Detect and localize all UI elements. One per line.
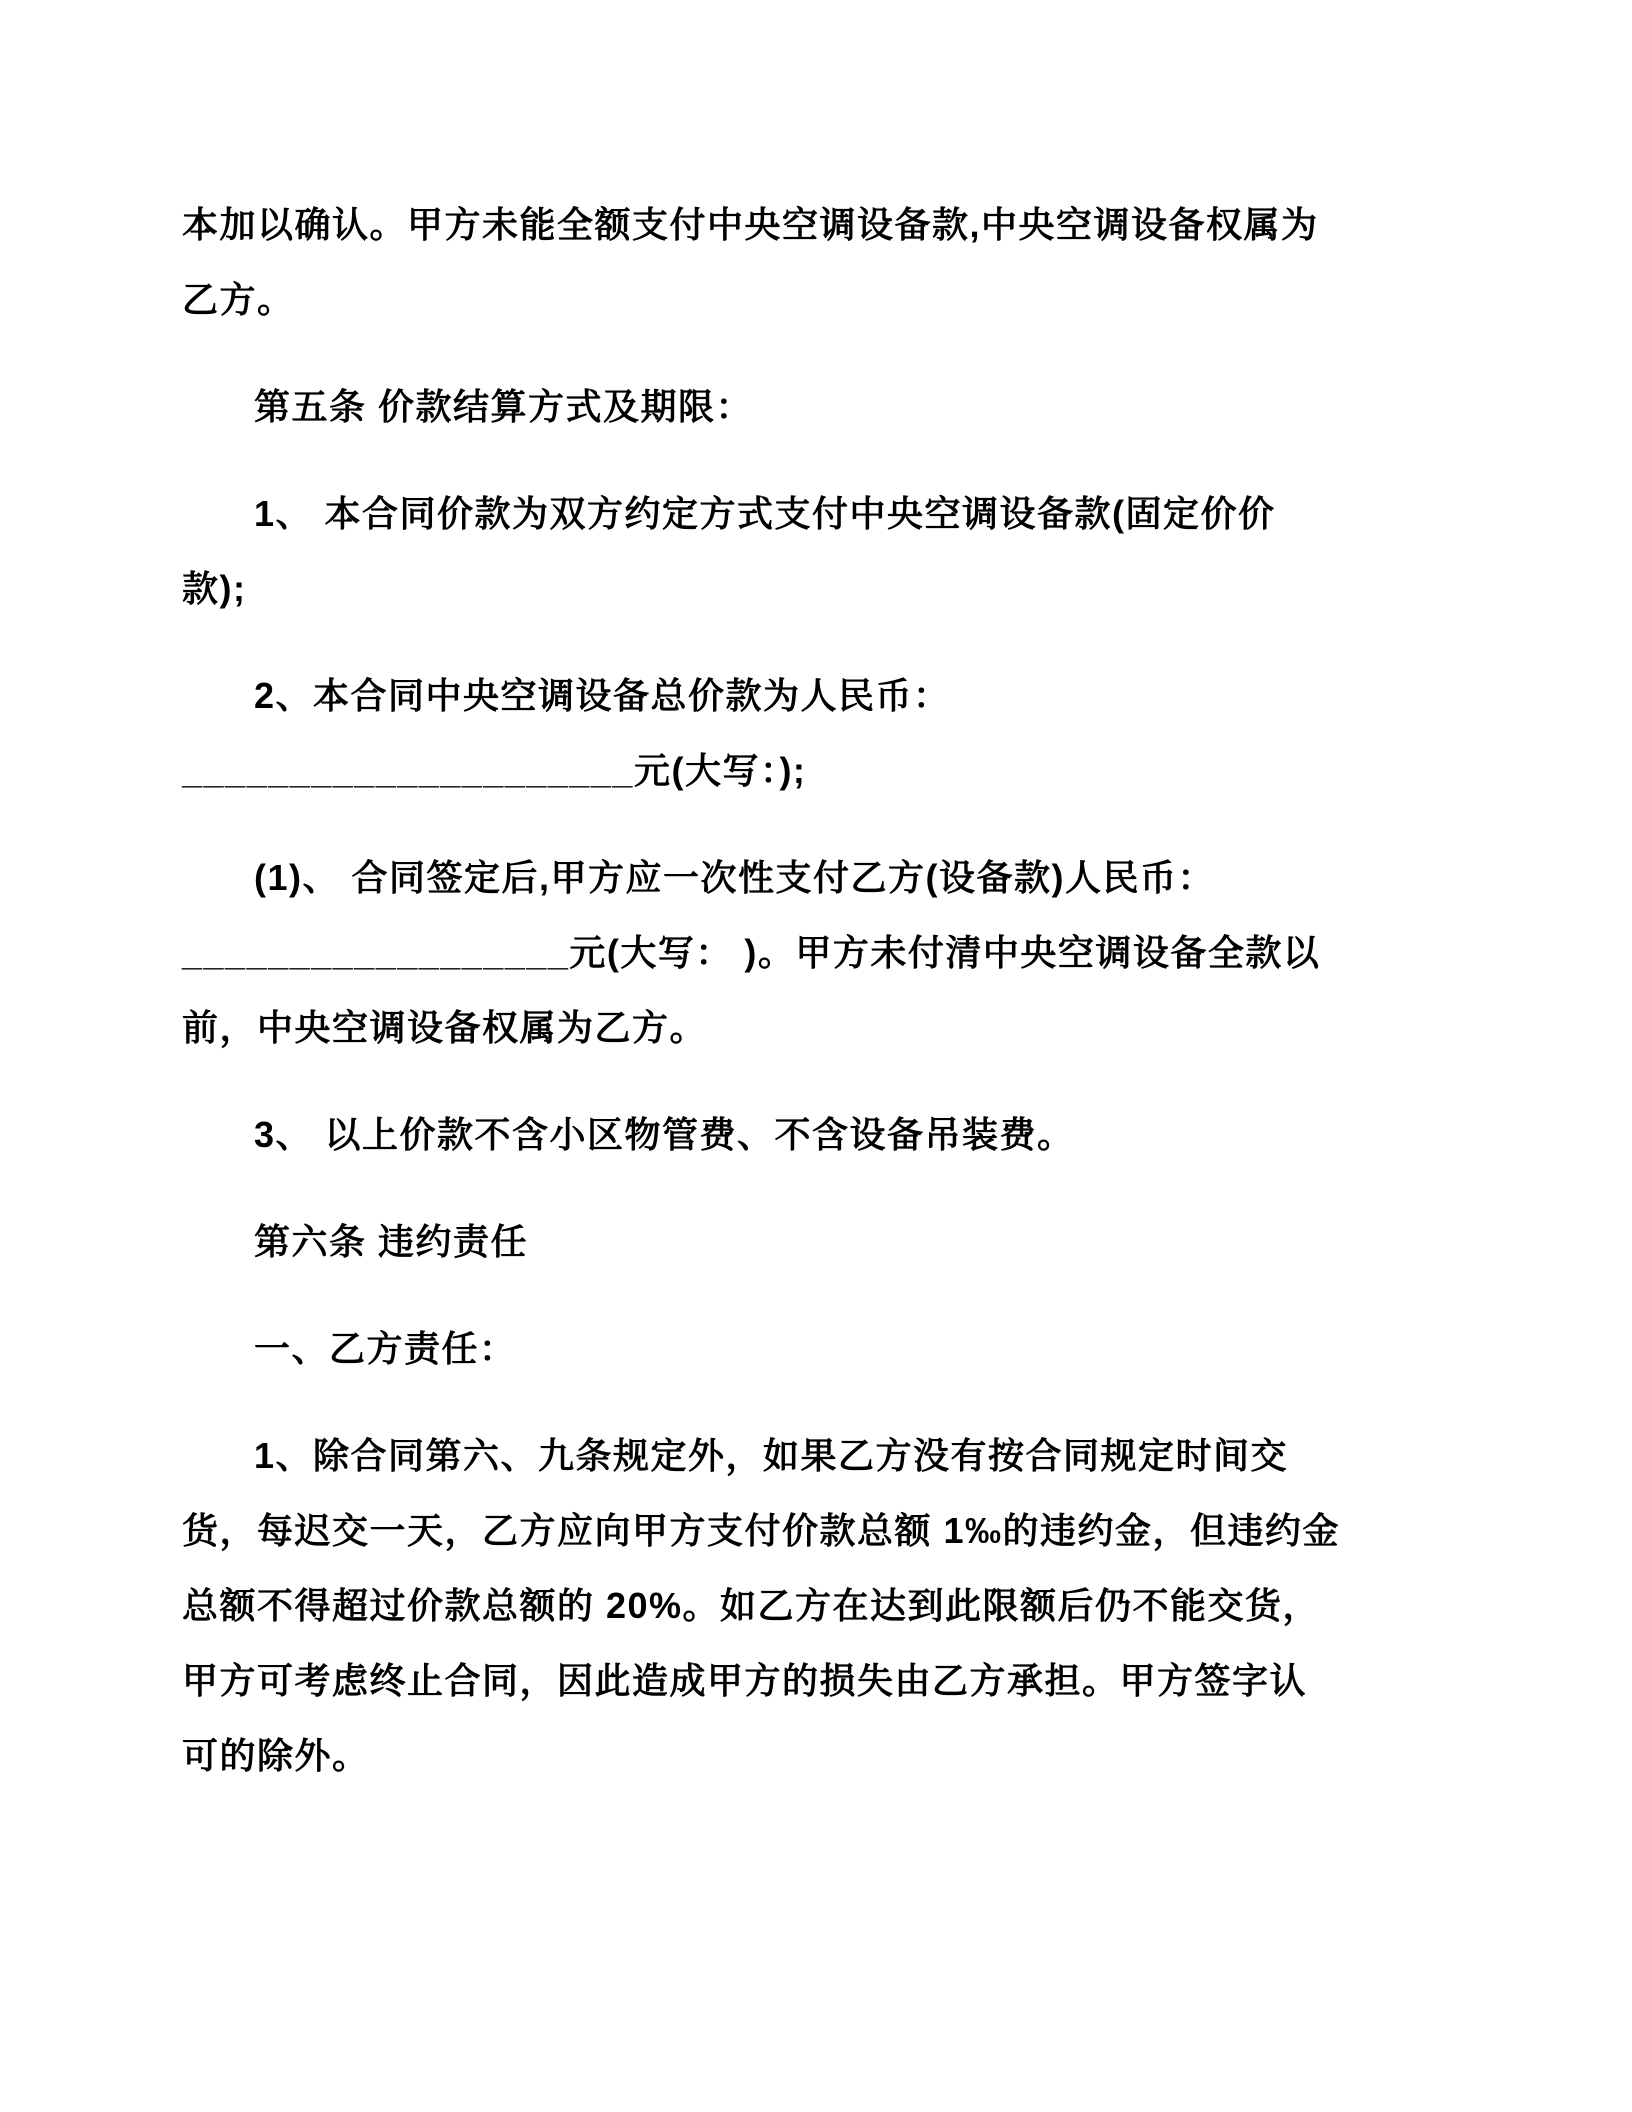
clause-5-2-line-1: 2、本合同中央空调设备总价款为人民币： bbox=[182, 658, 1482, 733]
clause-6-1-line-2: 货，每迟交一天，乙方应向甲方支付价款总额 1‰的违约金，但违约金 bbox=[182, 1493, 1482, 1568]
clause-5-2-1-line-3: 前，中央空调设备权属为乙方。 bbox=[182, 990, 1482, 1065]
article-6-heading: 第六条 违约责任 bbox=[182, 1204, 1482, 1279]
clause-5-2-1-line-1: (1)、 合同签定后,甲方应一次性支付乙方(设备款)人民币： bbox=[182, 840, 1482, 915]
clause-5-3-line: 3、 以上价款不含小区物管费、不含设备吊装费。 bbox=[182, 1097, 1482, 1172]
clause-6-1-line-3: 总额不得超过价款总额的 20%。如乙方在达到此限额后仍不能交货， bbox=[182, 1568, 1482, 1643]
clause-6-1-line-1: 1、除合同第六、九条规定外，如果乙方没有按合同规定时间交 bbox=[182, 1418, 1482, 1493]
clause-6-1-line-5: 可的除外。 bbox=[182, 1718, 1482, 1793]
clause-5-1-line-1: 1、 本合同价款为双方约定方式支付中央空调设备款(固定价价 bbox=[182, 476, 1482, 551]
party-b-responsibility-heading: 一、乙方责任： bbox=[182, 1311, 1482, 1386]
contract-page: 本加以确认。甲方未能全额支付中央空调设备款,中央空调设备权属为 乙方。 第五条 … bbox=[0, 0, 1632, 2112]
clause-6-1-line-4: 甲方可考虑终止合同，因此造成甲方的损失由乙方承担。甲方签字认 bbox=[182, 1643, 1482, 1718]
clause-5-2-blank-amount-line: _____________________元(大写：); bbox=[182, 733, 1482, 808]
clause-5-2-1-blank-amount-line: __________________元(大写： )。甲方未付清中央空调设备全款以 bbox=[182, 915, 1482, 990]
article-5-heading: 第五条 价款结算方式及期限： bbox=[182, 369, 1482, 444]
para-ownership-confirmation-line-2: 乙方。 bbox=[182, 262, 1482, 337]
para-ownership-confirmation-line-1: 本加以确认。甲方未能全额支付中央空调设备款,中央空调设备权属为 bbox=[182, 187, 1482, 262]
clause-5-1-line-2: 款); bbox=[182, 551, 1482, 626]
